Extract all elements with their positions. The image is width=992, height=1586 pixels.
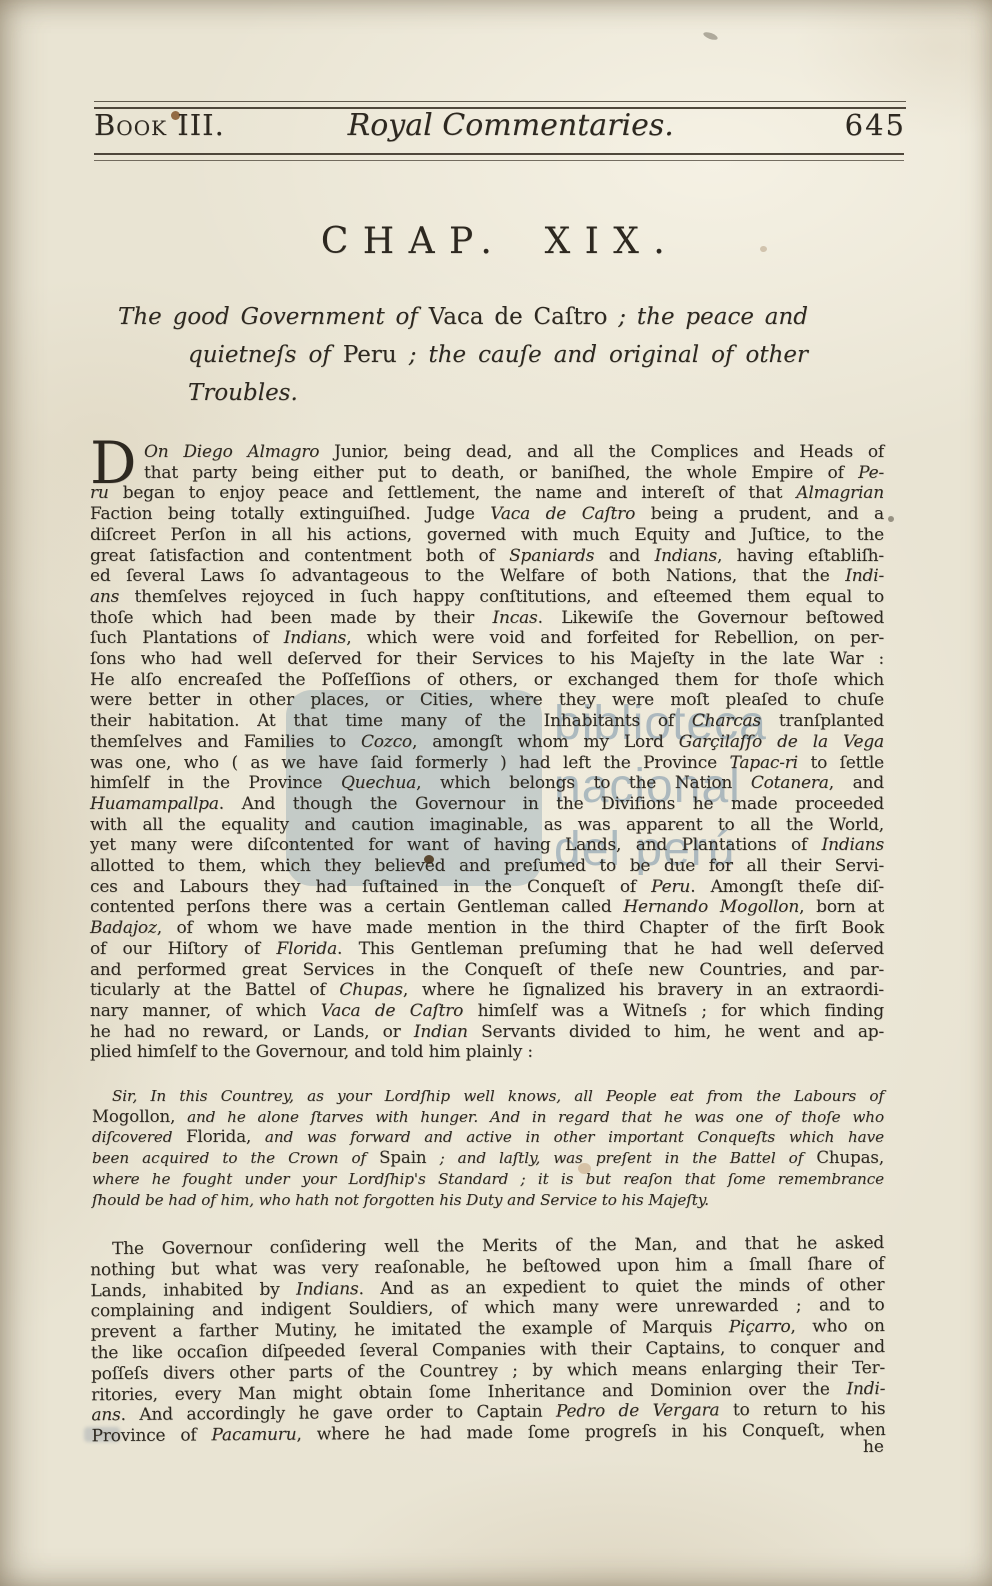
roman-text-segment: himſelf in the Province (90, 773, 341, 793)
text-line: where he fought under your Lordſhip's St… (92, 1169, 884, 1190)
text-line: ticularly at the Battel of Chupas, where… (90, 980, 884, 1001)
text-line: ſuch Plantations of Indians, which were … (90, 628, 884, 649)
stain-spot (702, 31, 718, 42)
roman-text-segment: yet many were diſcontented for want of h… (90, 835, 822, 855)
italic-text-segment: diſcovered (92, 1128, 186, 1146)
text-line: ſhould be had of him, who hath not forgo… (92, 1190, 884, 1211)
italic-text-segment: Cotanera (751, 773, 829, 793)
roman-text-segment: their habitation. At that time many of t… (90, 711, 692, 731)
roman-text-segment: were better in other places, or Cities, … (90, 690, 884, 710)
opening-paragraph: D On Diego Almagro Junior, being dead, a… (90, 442, 884, 1063)
roman-text-segment: . Amongſt theſe diſ- (690, 877, 884, 897)
italic-text-segment: Cozco (361, 732, 412, 752)
chapter-subtitle: The good Government of Vaca de Caſtro ; … (118, 298, 808, 412)
text-line: he had no reward, or Lands, or Indian Se… (90, 1022, 884, 1043)
roman-text-segment: themſelves and Families to (90, 732, 361, 752)
mogollon-speech-paragraph: Sir, In this Countrey, as your Lordſhip … (92, 1086, 884, 1210)
italic-text-segment: Hernando Mogollon (623, 897, 799, 917)
stain-spot (888, 516, 894, 522)
roman-text-segment: Junior, being dead, and all the Complice… (334, 442, 884, 462)
roman-text-segment: contented perſons there was a certain Ge… (90, 897, 623, 917)
roman-text-segment: , which were void and forfeited for Rebe… (346, 628, 884, 648)
italic-text-segment: Badajoz (90, 918, 157, 938)
roman-text-segment: . And though the Governour in the Diviſi… (219, 794, 884, 814)
text-line: On Diego Almagro Junior, being dead, and… (90, 442, 884, 463)
roman-text-segment: ces and Labours they had ſuſtained in th… (90, 877, 651, 897)
italic-text-segment: ſhould be had of him, who hath not forgo… (92, 1191, 709, 1209)
running-head: Book III. Royal Commentaries. 645 (94, 108, 906, 143)
roman-text-segment: themſelves rejoyced in ſuch happy conſti… (134, 587, 884, 607)
roman-text-segment: to ſettle (810, 753, 884, 773)
roman-text-segment: Servants divided to him, he went and ap- (481, 1022, 884, 1042)
text-line: diſcreet Perſon in all his actions, gove… (90, 525, 884, 546)
italic-text-segment: and he alone ſtarves with hunger. And in… (175, 1108, 884, 1126)
roman-text-segment: Lands, inhabited by (90, 1279, 296, 1301)
text-line: contented perſons there was a certain Ge… (90, 897, 884, 918)
roman-text-segment: being a prudent, and a (651, 504, 884, 524)
italic-text-segment: Huamampallpa (90, 794, 219, 814)
italic-text-segment: quietneſs of (188, 342, 343, 368)
italic-text-segment: Indians (822, 835, 884, 855)
text-line: He alſo encreaſed the Poſſeſſions of oth… (90, 670, 884, 691)
book-page-scan: biblioteca nacional del perú Book III. R… (0, 0, 992, 1586)
text-line: and performed great Services in the Conq… (90, 960, 884, 981)
text-line: diſcovered Florida, and was forward and … (92, 1127, 884, 1148)
italic-text-segment: Sir, In this Countrey, as your Lordſhip … (112, 1087, 884, 1105)
roman-text-segment: , which belongs to the Nation (416, 773, 751, 793)
roman-text-segment: , of whom we have made mention in the th… (157, 918, 884, 938)
text-line: been acquired to the Crown of Spain ; an… (92, 1148, 884, 1169)
roman-text-segment: he had no reward, or Lands, or (90, 1022, 414, 1042)
text-line: ces and Labours they had ſuſtained in th… (90, 877, 884, 898)
italic-text-segment: ; and laſtly, was preſent in the Battel … (427, 1149, 817, 1167)
text-line: The good Government of Vaca de Caſtro ; … (118, 298, 808, 336)
closing-paragraph: The Governour conſidering well the Merit… (90, 1233, 886, 1447)
text-line: Troubles. (118, 374, 808, 412)
roman-text-segment: thoſe which had been made by their (90, 608, 493, 628)
italic-text-segment: Spaniards (509, 546, 609, 566)
roman-text-segment: Spain (379, 1148, 426, 1167)
roman-text-segment: , amongſt whom my Lord (412, 732, 679, 752)
italic-text-segment: Pe- (858, 463, 884, 483)
text-line: himſelf in the Province Quechua, which b… (90, 773, 884, 794)
italic-text-segment: Peru (651, 877, 690, 897)
italic-text-segment: Pedro de Vergara (556, 1401, 733, 1422)
roman-text-segment: diſcreet Perſon in all his actions, gove… (90, 525, 884, 545)
italic-text-segment: On Diego Almagro (144, 442, 334, 462)
italic-text-segment: ; the peace and (607, 304, 808, 330)
roman-text-segment: to return to his (733, 1399, 886, 1420)
roman-text-segment: Peru (343, 342, 397, 368)
roman-text-segment: and (609, 546, 655, 566)
text-line: ſons who had well deſerved for their Ser… (90, 649, 884, 670)
italic-text-segment: Tapac-ri (730, 753, 811, 773)
roman-text-segment: began to enjoy peace and ſettlement, the… (123, 483, 797, 503)
roman-text-segment: . This Gentleman preſuming that he had w… (337, 939, 884, 959)
drop-cap: D (90, 442, 144, 483)
book-label: Book III. (94, 108, 225, 142)
italic-text-segment: where he fought under your Lordſhip's St… (92, 1170, 884, 1188)
roman-text-segment: . Likewiſe the Governour beſtowed (538, 608, 884, 628)
italic-text-segment: Florida (276, 939, 337, 959)
roman-text-segment: , and (829, 773, 884, 793)
text-line: allotted to them, which they believed an… (90, 856, 884, 877)
text-line: plied himſelf to the Governour, and told… (90, 1042, 884, 1063)
chapter-heading: CHAP. XIX. (94, 221, 906, 262)
text-line: Sir, In this Countrey, as your Lordſhip … (92, 1086, 884, 1107)
italic-text-segment: Charcas (692, 711, 779, 731)
italic-text-segment: Troubles. (188, 380, 298, 406)
page-number: 645 (845, 108, 906, 142)
text-line: were better in other places, or Cities, … (90, 690, 884, 711)
catchword: he (90, 1437, 902, 1457)
text-line: nary manner, of which Vaca de Caſtro him… (90, 1001, 884, 1022)
text-line: ed ſeveral Laws ſo advantageous to the W… (90, 566, 884, 587)
roman-text-segment: . And accordingly he gave order to Capta… (121, 1402, 557, 1425)
italic-text-segment: Indi- (845, 566, 884, 586)
text-line: was one, who ( as we have ſaid formerly … (90, 753, 884, 774)
roman-text-segment: , who on (790, 1316, 884, 1337)
italic-text-segment: Vaca de Caſtro (321, 1001, 478, 1021)
roman-text-segment: ticularly at the Battel of (90, 980, 339, 1000)
italic-text-segment: Indians (284, 628, 346, 648)
text-line: Mogollon, and he alone ſtarves with hung… (92, 1107, 884, 1128)
roman-text-segment: allotted to them, which they believed an… (90, 856, 884, 876)
text-line: Badajoz, of whom we have made mention in… (90, 918, 884, 939)
italic-text-segment: ans (90, 587, 134, 607)
italic-text-segment: Indians (296, 1279, 359, 1299)
italic-text-segment: Quechua (341, 773, 416, 793)
roman-text-segment: plied himſelf to the Governour, and told… (90, 1042, 533, 1062)
roman-text-segment: He alſo encreaſed the Poſſeſſions of oth… (90, 670, 884, 690)
italic-text-segment: been acquired to the Crown of (92, 1149, 379, 1167)
roman-text-segment: Chupas, (816, 1148, 884, 1167)
italic-text-segment: Almagrian (796, 483, 884, 503)
header-rule-bottom (94, 153, 904, 161)
roman-text-segment: was one, who ( as we have ſaid formerly … (90, 753, 730, 773)
text-line: of our Hiſtory of Florida. This Gentlema… (90, 939, 884, 960)
roman-text-segment: Florida, (186, 1127, 251, 1146)
roman-text-segment: great ſatisfaction and contentment both … (90, 546, 509, 566)
italic-text-segment: ans (91, 1405, 120, 1425)
roman-text-segment: with all the equality and caution imagin… (90, 815, 884, 835)
italic-text-segment: Chupas (339, 980, 402, 1000)
italic-text-segment: The good Government of (118, 304, 429, 330)
italic-text-segment: Indi- (846, 1379, 885, 1399)
roman-text-segment: ſuch Plantations of (90, 628, 284, 648)
roman-text-segment: himſelf was a Witneſs ; for which findin… (478, 1001, 884, 1021)
text-line: quietneſs of Peru ; the cauſe and origin… (118, 336, 808, 374)
roman-text-segment: tranſplanted (779, 711, 884, 731)
text-line: Faction being totally extinguiſhed. Judg… (90, 504, 884, 525)
italic-text-segment: Incas (493, 608, 538, 628)
roman-text-segment: of our Hiſtory of (90, 939, 276, 959)
italic-text-segment: Piçarro (729, 1317, 791, 1337)
text-line: yet many were diſcontented for want of h… (90, 835, 884, 856)
italic-text-segment: and was forward and active in other impo… (251, 1128, 884, 1146)
roman-text-segment: , where he ſignalized his bravery in an … (403, 980, 884, 1000)
roman-text-segment: ed ſeveral Laws ſo advantageous to the W… (90, 566, 845, 586)
text-line: ru began to enjoy peace and ſettlement, … (90, 483, 884, 504)
roman-text-segment: Vaca de Caſtro (429, 304, 608, 330)
roman-text-segment: , having eſtabliſh- (717, 546, 884, 566)
italic-text-segment: Vaca de Caſtro (490, 504, 650, 524)
roman-text-segment: ſons who had well deſerved for their Ser… (90, 649, 884, 669)
roman-text-segment: nary manner, of which (90, 1001, 321, 1021)
text-line: their habitation. At that time many of t… (90, 711, 884, 732)
roman-text-segment: and performed great Services in the Conq… (90, 960, 884, 980)
text-line: themſelves and Families to Cozco, amongſ… (90, 732, 884, 753)
text-line: ans themſelves rejoyced in ſuch happy co… (90, 587, 884, 608)
italic-text-segment: ; the cauſe and original of other (397, 342, 808, 368)
text-line: great ſatisfaction and contentment both … (90, 546, 884, 567)
text-line: with all the equality and caution imagin… (90, 815, 884, 836)
text-line: that party being either put to death, or… (90, 463, 884, 484)
roman-text-segment: that party being either put to death, or… (144, 463, 858, 483)
italic-text-segment: Indians (655, 546, 717, 566)
text-line: thoſe which had been made by their Incas… (90, 608, 884, 629)
italic-text-segment: Indian (414, 1022, 481, 1042)
roman-text-segment: , born at (799, 897, 884, 917)
italic-text-segment: ru (90, 483, 123, 503)
italic-text-segment: Garçilaſſo de la Vega (679, 732, 884, 752)
running-title: Royal Commentaries. (348, 108, 674, 143)
roman-text-segment: Faction being totally extinguiſhed. Judg… (90, 504, 490, 524)
text-line: Huamampallpa. And though the Governour i… (90, 794, 884, 815)
roman-text-segment: Mogollon, (92, 1107, 175, 1126)
